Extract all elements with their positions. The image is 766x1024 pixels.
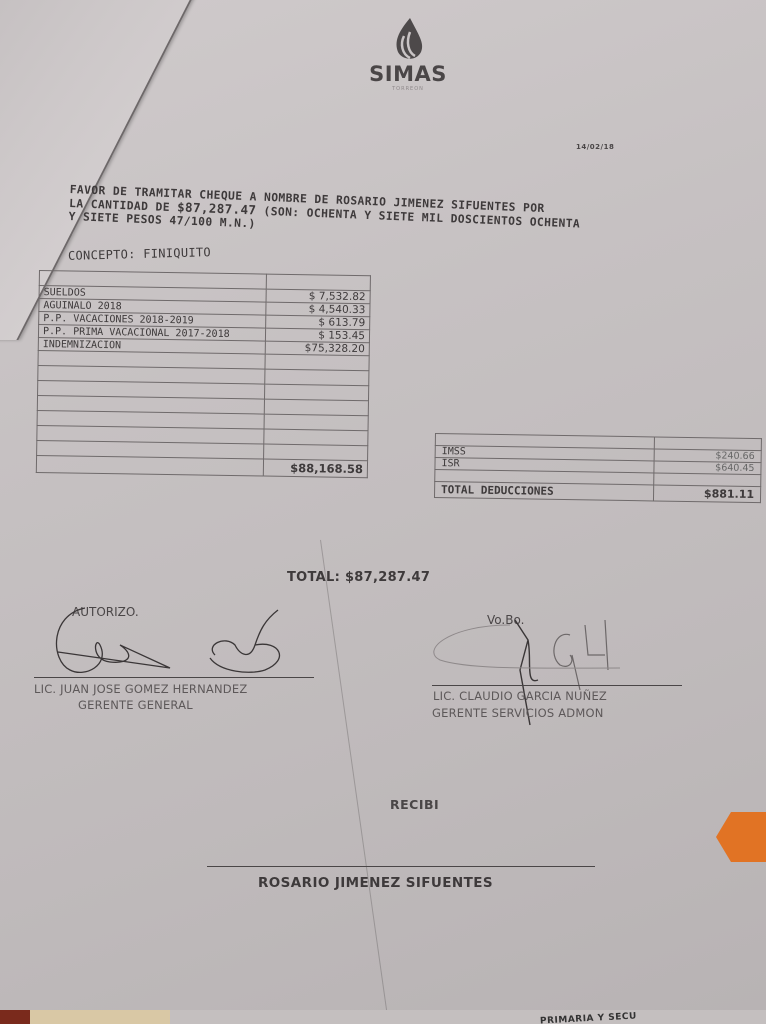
logo-name: SIMAS (358, 62, 458, 86)
document-date: 14/02/18 (576, 143, 614, 151)
income-total: $88,168.58 (263, 459, 367, 478)
check-request-text: FAVOR DE TRAMITAR CHEQUE A NOMBRE DE ROS… (68, 183, 759, 251)
empty-cell (265, 369, 369, 386)
water-drop-icon (390, 16, 426, 64)
recipient-name: ROSARIO JIMENEZ SIFUENTES (258, 875, 493, 891)
deductions-table: IMSS$240.66ISR$640.45TOTAL DEDUCCIONES$8… (434, 433, 762, 503)
received-label: RECIBI (390, 797, 439, 812)
income-table: SUELDOS$ 7,532.82AGUINALO 2018$ 4,540.33… (36, 270, 371, 478)
header-cell (266, 274, 370, 291)
received-signature-line (207, 866, 595, 867)
empty-cell (265, 384, 369, 401)
logo-subtitle: TORREON (358, 86, 458, 92)
approve-title: GERENTE SERVICIOS ADMON (432, 706, 604, 720)
empty-cell (264, 429, 368, 446)
photo-scene: SIMAS TORREON 14/02/18 FAVOR DE TRAMITAR… (0, 0, 766, 1024)
deductions-total: $881.11 (653, 485, 760, 503)
concept-label: CONCEPTO: FINIQUITO (68, 245, 211, 263)
grand-total: TOTAL: $87,287.47 (287, 570, 430, 585)
simas-logo: SIMAS TORREON (358, 16, 458, 92)
empty-cell (264, 399, 368, 416)
approve-name: LIC. CLAUDIO GARCIA NUÑEZ (433, 689, 607, 703)
authorize-signature-line (34, 677, 314, 678)
empty-cell (264, 444, 368, 461)
empty-cell (265, 354, 369, 371)
authorize-title: GERENTE GENERAL (78, 698, 193, 712)
approve-signature-line (432, 685, 682, 686)
deductions-total-label: TOTAL DEDUCCIONES (434, 482, 653, 501)
empty-cell (264, 414, 368, 431)
desk-surface (0, 1010, 766, 1024)
authorize-name: LIC. JUAN JOSE GOMEZ HERNANDEZ (34, 682, 247, 696)
empty-cell (36, 455, 263, 476)
finiquito-document: SIMAS TORREON 14/02/18 FAVOR DE TRAMITAR… (0, 0, 766, 1010)
